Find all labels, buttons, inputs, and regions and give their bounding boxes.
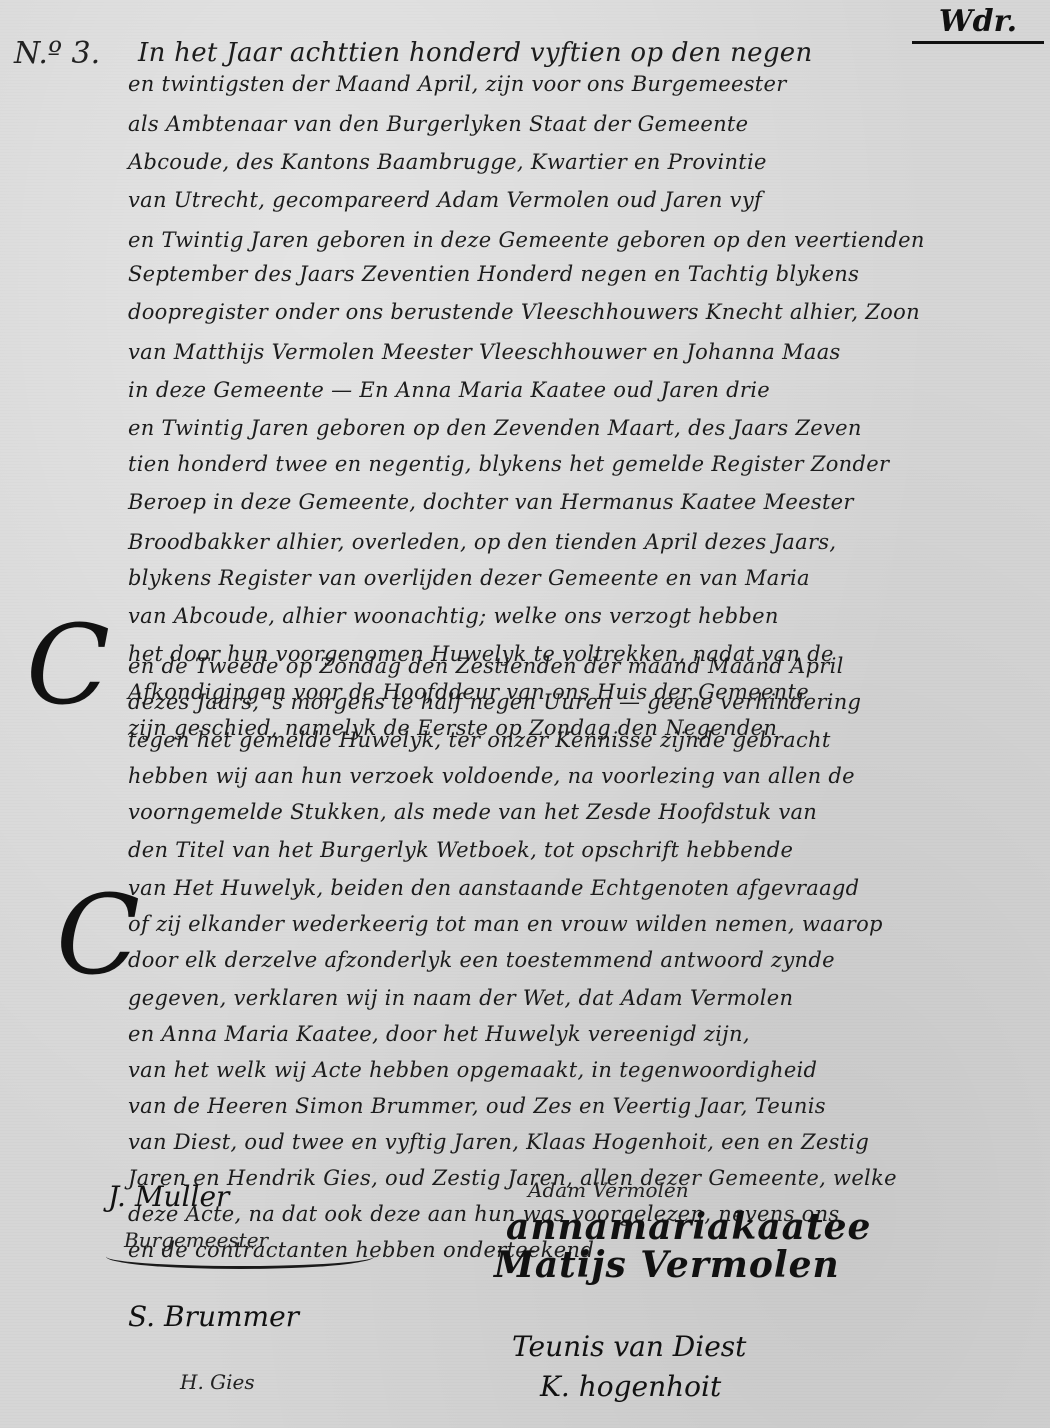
body-line: van Matthijs Vermolen Meester Vleeschhou… — [128, 340, 1028, 364]
body-line: Abcoude, des Kantons Baambrugge, Kwartie… — [128, 150, 1028, 174]
body-line: tegen het gemelde Huwelyk, ter onzer Ken… — [128, 728, 1028, 752]
signature-mayor: J. Muller — [108, 1180, 229, 1213]
body-line: voorngemelde Stukken, als mede van het Z… — [128, 800, 1028, 824]
signature-father-groom: Matijs Vermolen — [494, 1244, 840, 1286]
body-line: van de Heeren Simon Brummer, oud Zes en … — [128, 1094, 1028, 1118]
body-line: tien honderd twee en negentig, blykens h… — [128, 452, 1028, 476]
body-line: of zij elkander wederkeerig tot man en v… — [128, 912, 1028, 936]
body-line: doopregister onder ons berustende Vleesc… — [128, 300, 1028, 324]
body-line: als Ambtenaar van den Burgerlyken Staat … — [128, 112, 1028, 136]
body-line: en Anna Maria Kaatee, door het Huwelyk v… — [128, 1022, 1028, 1046]
signature-bride: annamariakaatee — [506, 1206, 871, 1248]
body-line: hebben wij aan hun verzoek voldoende, na… — [128, 764, 1028, 788]
body-line: In het Jaar achttien honderd vyftien op … — [138, 38, 1038, 68]
body-line: dezes Jaars, 's morgens te half negen Uu… — [128, 690, 1028, 714]
record-number: N.º 3. — [14, 36, 100, 71]
body-line: en Twintig Jaren geboren op den Zevenden… — [128, 416, 1028, 440]
body-line: blykens Register van overlijden dezer Ge… — [128, 566, 1028, 590]
body-line: September des Jaars Zeventien Honderd ne… — [128, 262, 1028, 286]
signature-witness-brummer: S. Brummer — [128, 1300, 299, 1333]
signature-witness-hogenhoit: K. hogenhoit — [540, 1370, 721, 1403]
body-line: en twintigsten der Maand April, zijn voo… — [128, 72, 1028, 96]
body-line: van het welk wij Acte hebben opgemaakt, … — [128, 1058, 1028, 1082]
body-line: van Utrecht, gecompareerd Adam Vermolen … — [128, 188, 1028, 212]
body-line: den Titel van het Burgerlyk Wetboek, tot… — [128, 838, 1028, 862]
signature-groom: Adam Vermolen — [528, 1178, 689, 1202]
body-line: van Diest, oud twee en vyftig Jaren, Kla… — [128, 1130, 1028, 1154]
signature-witness-van-diest: Teunis van Diest — [512, 1330, 746, 1363]
signature-swash — [106, 1244, 374, 1269]
body-line: en de Tweede op Zondag den Zestienden de… — [128, 654, 1028, 678]
margin-flourish-c: C — [56, 880, 140, 990]
body-line: door elk derzelve afzonderlyk een toeste… — [128, 948, 1028, 972]
body-line: Beroep in deze Gemeente, dochter van Her… — [128, 490, 1028, 514]
margin-flourish-c: C — [26, 610, 110, 720]
body-line: gegeven, verklaren wij in naam der Wet, … — [128, 986, 1028, 1010]
body-line: en Twintig Jaren geboren in deze Gemeent… — [128, 228, 1028, 252]
body-line: Broodbakker alhier, overleden, op den ti… — [128, 530, 1028, 554]
body-line: van Abcoude, alhier woonachtig; welke on… — [128, 604, 1028, 628]
body-line: van Het Huwelyk, beiden den aanstaande E… — [128, 876, 1028, 900]
signature-witness-gies: H. Gies — [180, 1370, 255, 1394]
body-line: in deze Gemeente — En Anna Maria Kaatee … — [128, 378, 1028, 402]
